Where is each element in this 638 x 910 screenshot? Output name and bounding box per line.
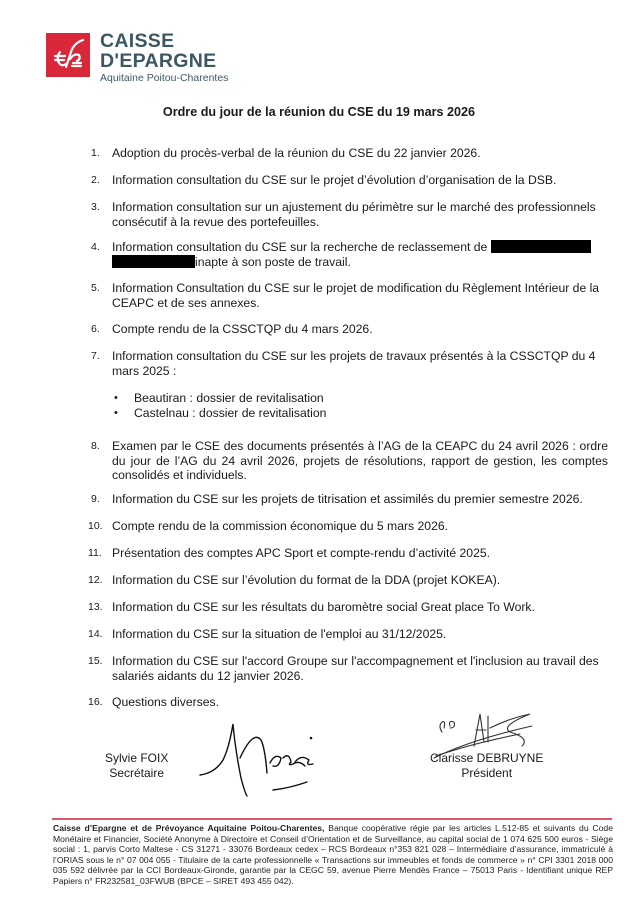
agenda-item-text-redacted: Information consultation du CSE sur la r… [112,240,608,269]
agenda-item-label: Information du CSE sur la situation de l… [112,627,608,642]
agenda-item: 5.Information Consultation du CSE sur le… [88,281,608,310]
agenda-item-label: Compte rendu de la CSSCTQP du 4 mars 202… [112,322,608,337]
agenda-item-label: Adoption du procès-verbal de la réunion … [112,146,608,161]
agenda-item: 6.Compte rendu de la CSSCTQP du 4 mars 2… [88,322,608,337]
agenda-item-number: 1. [88,146,112,161]
agenda-item-number: 16. [88,695,112,710]
agenda-item-number: 6. [88,322,112,337]
footer-company: Caisse d’Epargne et de Prévoyance Aquita… [53,823,324,833]
agenda-item-text: Information du CSE sur l’évolution du fo… [112,573,608,588]
secretary-name: Sylvie FOIX [105,751,168,766]
squirrel-logo-icon [46,33,90,77]
agenda-item-text: Information Consultation du CSE sur le p… [112,281,608,310]
signature-secretary: Sylvie FOIX Secrétaire [105,751,168,781]
agenda-item: 14.Information du CSE sur la situation d… [88,627,608,642]
agenda-item-number: 5. [88,281,112,310]
agenda-item: 4.Information consultation du CSE sur la… [88,240,608,269]
agenda-item-text: Examen par le CSE des documents présenté… [112,439,608,483]
agenda-item-text: Information du CSE sur les résultats du … [112,600,608,615]
redaction-box [491,240,591,253]
agenda-item-number: 11. [88,546,112,561]
agenda-item-label: Information du CSE sur les résultats du … [112,600,608,615]
agenda-item: 2.Information consultation du CSE sur le… [88,173,608,188]
agenda-item-label: Information consultation sur un ajusteme… [112,200,608,229]
agenda-item-number: 4. [88,240,112,269]
agenda-item-text: Information consultation du CSE sur la r… [112,240,487,254]
agenda-item-number: 3. [88,200,112,229]
agenda-item-number: 10. [88,519,112,534]
agenda-item-label: Compte rendu de la commission économique… [112,519,608,534]
agenda-item: 15.Information du CSE sur l'accord Group… [88,654,608,683]
agenda-item-label: Information consultation du CSE sur le p… [112,173,608,188]
agenda-item: 8.Examen par le CSE des documents présen… [88,439,608,483]
legal-footer: Caisse d’Epargne et de Prévoyance Aquita… [53,823,613,887]
agenda-item-label: Information du CSE sur l’évolution du fo… [112,573,608,588]
agenda-item-text: Adoption du procès-verbal de la réunion … [112,146,608,161]
agenda-item-text: Information consultation du CSE sur les … [112,349,608,378]
agenda-item-text: Questions diverses. [112,695,608,710]
agenda-item-number: 7. [88,349,112,378]
agenda-item: 7.Information consultation du CSE sur le… [88,349,608,378]
sub-bullet-text: Castelnau : dossier de revitalisation [134,406,326,421]
agenda-item: 1.Adoption du procès-verbal de la réunio… [88,146,608,161]
agenda-item: 10.Compte rendu de la commission économi… [88,519,608,534]
agenda-item-text: Compte rendu de la CSSCTQP du 4 mars 202… [112,322,608,337]
president-signature-icon [430,710,555,760]
footer-divider [52,818,612,820]
logo: CAISSE D'EPARGNE Aquitaine Poitou-Charen… [46,33,228,84]
agenda-item-text: Information du CSE sur la situation de l… [112,627,608,642]
agenda-item-text: Information consultation du CSE sur le p… [112,173,608,188]
bullet-icon: • [112,406,134,421]
agenda-item-number: 13. [88,600,112,615]
agenda-item-label: Information du CSE sur l'accord Groupe s… [112,654,608,683]
document-title: Ordre du jour de la réunion du CSE du 19… [0,105,638,119]
agenda-item: 12.Information du CSE sur l’évolution du… [88,573,608,588]
agenda-item: 9.Information du CSE sur les projets de … [88,492,608,507]
agenda-item: 16.Questions diverses. [88,695,608,710]
secretary-signature-icon [195,718,335,803]
agenda-item-number: 15. [88,654,112,683]
sub-bullet-list: •Beautiran : dossier de revitalisation•C… [88,391,612,420]
agenda-item-text: Information du CSE sur l'accord Groupe s… [112,654,608,683]
agenda-item-label: Information Consultation du CSE sur le p… [112,281,608,310]
sub-bullet-item: •Beautiran : dossier de revitalisation [112,391,612,406]
logo-line2: D'EPARGNE [100,51,228,71]
agenda-item-number: 14. [88,627,112,642]
agenda-item-label: Information du CSE sur les projets de ti… [112,492,608,507]
agenda-item-number: 2. [88,173,112,188]
logo-line1: CAISSE [100,31,228,51]
secretary-role: Secrétaire [105,766,168,781]
agenda-item-number: 8. [88,439,112,483]
logo-subtitle: Aquitaine Poitou-Charentes [100,72,228,84]
agenda-item: 3.Information consultation sur un ajuste… [88,200,608,229]
agenda-item-number: 9. [88,492,112,507]
agenda-item-text: Présentation des comptes APC Sport et co… [112,546,608,561]
redaction-box [112,255,195,268]
agenda-item-text: Information consultation sur un ajusteme… [112,200,608,229]
agenda-item-text: Compte rendu de la commission économique… [112,519,608,534]
agenda-item-label: Questions diverses. [112,695,608,710]
agenda-item: 11.Présentation des comptes APC Sport et… [88,546,608,561]
president-role: Président [430,766,543,781]
bullet-icon: • [112,391,134,406]
agenda-item-text: Information du CSE sur les projets de ti… [112,492,608,507]
agenda-item: 13.Information du CSE sur les résultats … [88,600,608,615]
agenda-item-label: Présentation des comptes APC Sport et co… [112,546,608,561]
agenda-item-text: inapte à son poste de travail. [195,255,351,269]
agenda-item-label: Information consultation du CSE sur les … [112,349,608,378]
sub-bullet-item: •Castelnau : dossier de revitalisation [112,406,612,421]
agenda-item-number: 12. [88,573,112,588]
sub-bullet-text: Beautiran : dossier de revitalisation [134,391,324,406]
agenda-item-label: Examen par le CSE des documents présenté… [112,439,608,483]
